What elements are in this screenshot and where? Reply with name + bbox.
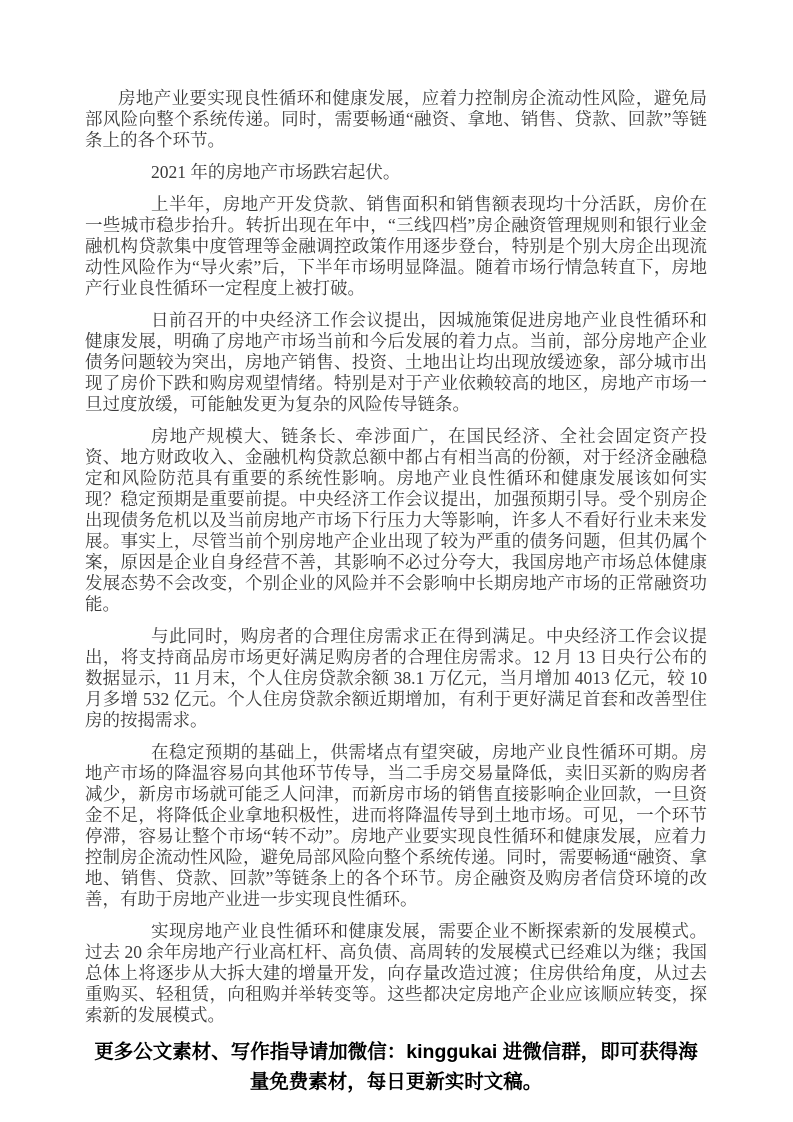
paragraph: 与此同时，购房者的合理住房需求正在得到满足。中央经济工作会议提出，将支持商品房市… <box>85 626 707 731</box>
paragraph: 房地产业要实现良性循环和健康发展，应着力控制房企流动性风险，避免局部风险向整个系… <box>85 88 707 151</box>
document-page: 房地产业要实现良性循环和健康发展，应着力控制房企流动性风险，避免局部风险向整个系… <box>0 0 793 1122</box>
promo-footer: 更多公文素材、写作指导请加微信：kinggukai 进微信群，即可获得海量免费素… <box>85 1037 707 1097</box>
paragraph: 日前召开的中央经济工作会议提出，因城施策促进房地产业良性循环和健康发展，明确了房… <box>85 310 707 415</box>
paragraph: 房地产规模大、链条长、牵涉面广，在国民经济、全社会固定资产投资、地方财政收入、金… <box>85 426 707 615</box>
paragraph: 在稳定预期的基础上，供需堵点有望突破，房地产业良性循环可期。房地产市场的降温容易… <box>85 742 707 910</box>
paragraph: 实现房地产业良性循环和健康发展，需要企业不断探索新的发展模式。过去 20 余年房… <box>85 921 707 1026</box>
paragraph: 2021 年的房地产市场跌宕起伏。 <box>85 162 707 183</box>
paragraph: 上半年，房地产开发贷款、销售面积和销售额表现均十分活跃，房价在一些城市稳步抬升。… <box>85 194 707 299</box>
article-body: 房地产业要实现良性循环和健康发展，应着力控制房企流动性风险，避免局部风险向整个系… <box>85 88 707 1026</box>
